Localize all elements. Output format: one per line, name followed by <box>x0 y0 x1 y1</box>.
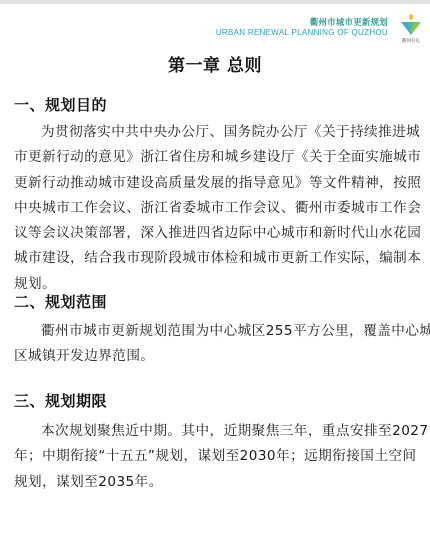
header-branding: 衢州市城市更新规划 URBAN RENEWAL PLANNING OF QUZH… <box>216 18 388 38</box>
section-heading-purpose: 一、规划目的 <box>14 94 107 115</box>
text-line: 议等会议决策部署，深入推进四省边际中心城市和新时代山水花园 <box>14 221 418 246</box>
section-body-scope: 衢州市城市更新规划范围为中心城区255平方公里，覆盖中心城 区城镇开发边界范围。 <box>14 319 418 370</box>
quzhou-logo-icon: 衢州有礼 <box>398 13 424 45</box>
section-body-period: 本次规划聚焦近中期。其中，近期聚焦三年，重点安排至2027 年；中期衔接“十五五… <box>14 419 418 495</box>
text-line: 更新行动推动城市建设高质量发展的指导意见》等文件精神，按照 <box>14 171 418 196</box>
logo-caption: 衢州有礼 <box>398 39 424 45</box>
text-line: 为贯彻落实中共中央办公厅、国务院办公厅《关于持续推进城 <box>14 120 418 145</box>
section-heading-period: 三、规划期限 <box>14 390 107 411</box>
chapter-title: 第一章 总则 <box>0 51 430 76</box>
logo-mark-icon <box>398 13 424 39</box>
text-line: 中央城市工作会议、浙江省委城市工作会议、衢州市委城市工作会 <box>14 196 418 221</box>
page-header: 衢州市城市更新规划 URBAN RENEWAL PLANNING OF QUZH… <box>170 12 430 48</box>
section-body-purpose: 为贯彻落实中共中央办公厅、国务院办公厅《关于持续推进城 市更新行动的意见》浙江省… <box>14 120 418 297</box>
text-line: 规划，谋划至2035年。 <box>14 470 418 495</box>
text-line: 区城镇开发边界范围。 <box>14 344 418 369</box>
section-heading-scope: 二、规划范围 <box>14 291 107 312</box>
text-line: 本次规划聚焦近中期。其中，近期聚焦三年，重点安排至2027 <box>14 419 418 444</box>
text-line: 市更新行动的意见》浙江省住房和城乡建设厅《关于全面实施城市 <box>14 145 418 170</box>
text-line: 衢州市城市更新规划范围为中心城区255平方公里，覆盖中心城 <box>14 319 418 344</box>
header-title-cn: 衢州市城市更新规划 <box>216 18 388 28</box>
header-title-en: URBAN RENEWAL PLANNING OF QUZHOU <box>216 28 388 38</box>
text-line: 城市建设，结合我市现阶段城市体检和城市更新工作实际，编制本 <box>14 246 418 271</box>
text-line: 年；中期衔接“十五五”规划，谋划至2030年；远期衔接国土空间 <box>14 444 418 469</box>
top-window-bar <box>0 0 430 4</box>
